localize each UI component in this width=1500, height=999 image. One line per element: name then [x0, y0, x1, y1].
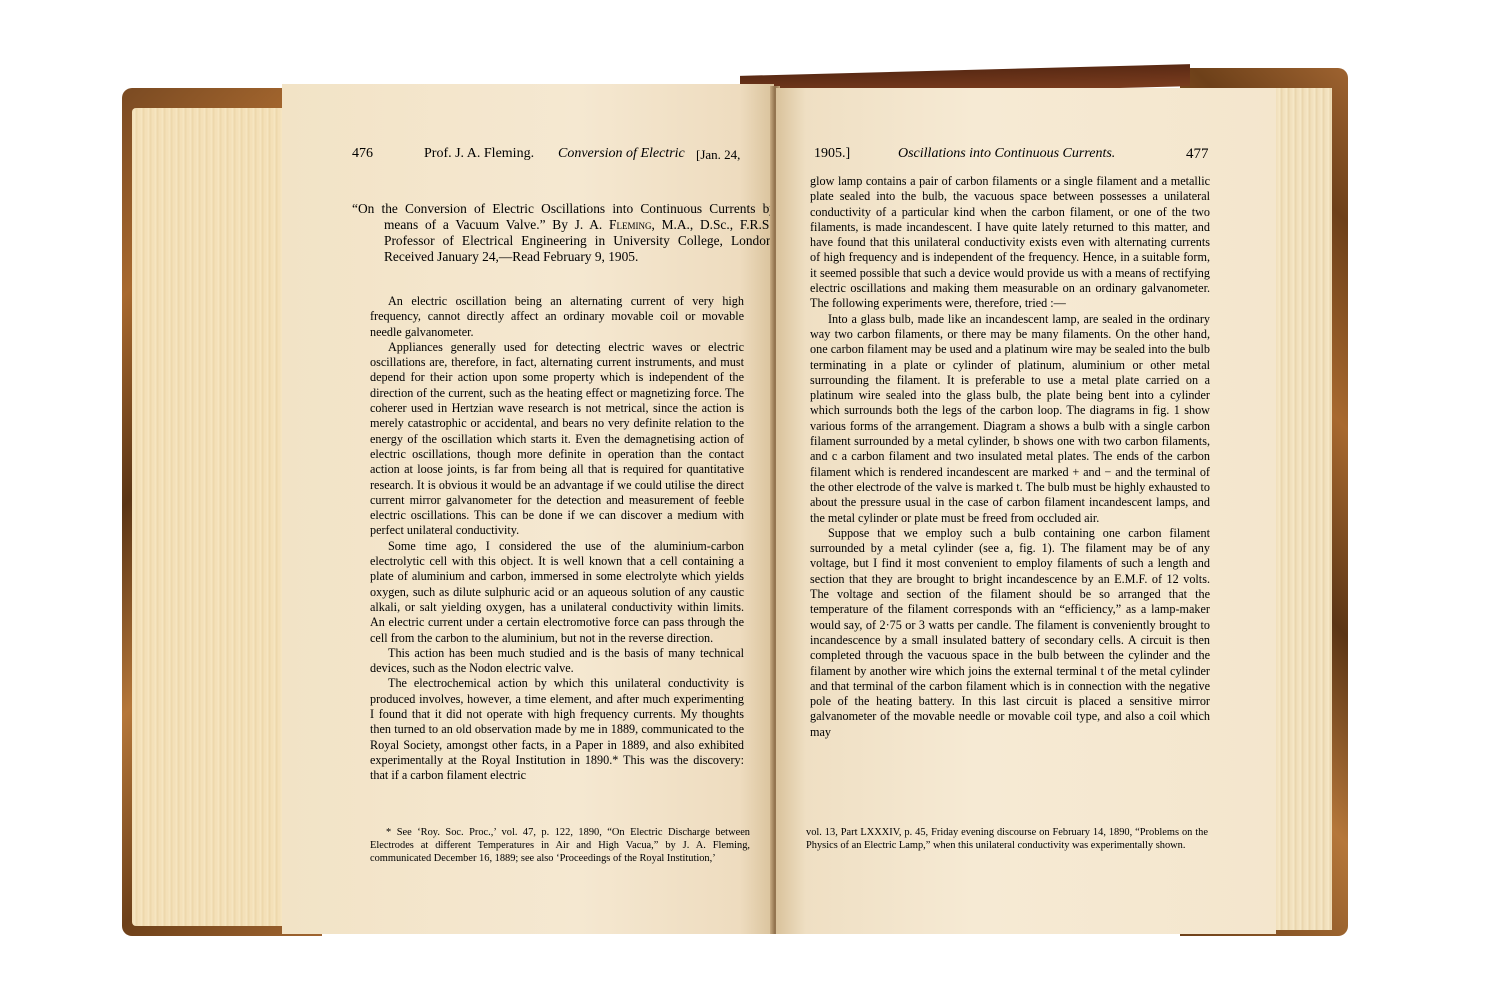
- right-body: glow lamp contains a pair of carbon fila…: [810, 174, 1210, 740]
- paragraph: Some time ago, I considered the use of t…: [370, 539, 744, 646]
- left-date: [Jan. 24,: [696, 147, 740, 163]
- paragraph: This action has been much studied and is…: [370, 646, 744, 677]
- article-author: Fleming: [609, 217, 651, 232]
- left-footnote: * See ‘Roy. Soc. Proc.,’ vol. 47, p. 122…: [370, 826, 750, 865]
- paragraph: The electrochemical action by which this…: [370, 676, 744, 783]
- article-title: “On the Conversion of Electric Oscillati…: [352, 201, 776, 265]
- article-by: By J. A.: [552, 217, 602, 232]
- page-edges-left: [132, 108, 290, 926]
- right-date: 1905.]: [814, 146, 850, 162]
- page-edges-right: [1270, 88, 1332, 930]
- paragraph: glow lamp contains a pair of carbon fila…: [810, 174, 1210, 312]
- left-page-number: 476: [352, 146, 373, 162]
- article-received: Received January 24,—Read February 9, 19…: [384, 249, 638, 264]
- right-running-title: Oscillations into Continuous Currents.: [898, 146, 1115, 161]
- footnote-text: vol. 13, Part LXXXIV, p. 45, Friday even…: [806, 826, 1208, 852]
- right-page-number: 477: [1186, 146, 1209, 163]
- paragraph: An electric oscillation being an alterna…: [370, 294, 744, 340]
- left-author: Prof. J. A. Fleming.: [424, 146, 534, 162]
- paragraph: Into a glass bulb, made like an incandes…: [810, 312, 1210, 526]
- left-body: An electric oscillation being an alterna…: [370, 294, 744, 784]
- paragraph: Suppose that we employ such a bulb conta…: [810, 526, 1210, 740]
- footnote-text: * See ‘Roy. Soc. Proc.,’ vol. 47, p. 122…: [370, 826, 750, 865]
- right-footnote: vol. 13, Part LXXXIV, p. 45, Friday even…: [806, 826, 1208, 852]
- paragraph: Appliances generally used for detecting …: [370, 340, 744, 539]
- left-running-title: Conversion of Electric: [558, 146, 685, 161]
